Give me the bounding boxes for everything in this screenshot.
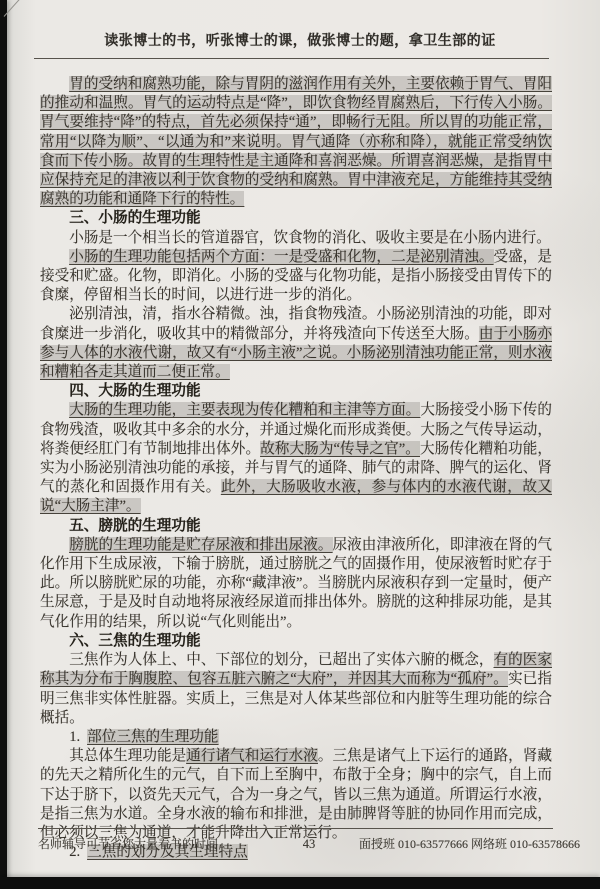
header-slogan: 读张博士的书，听张博士的课，做张博士的题，拿卫生部的证 bbox=[0, 33, 600, 51]
scan-edge-left bbox=[0, 0, 7, 889]
page-footer: 名师辅导可节省您大量看书的时间 43 面授班 010-63577666 网络班 … bbox=[38, 828, 580, 852]
para-large-intestine: 大肠的生理功能，主要表现为传化糟粕和主津等方面。大肠接受小肠下传的食物残渣，吸收… bbox=[40, 401, 552, 516]
para-small-intestine-intro: 小肠是一个相当长的管道器官，饮食物的消化、吸收主要是在小肠内进行。 bbox=[40, 229, 552, 248]
page-number: 43 bbox=[279, 837, 339, 852]
footer-contact: 面授班 010-63577666 网络班 010-63578666 bbox=[339, 835, 580, 852]
header-rule bbox=[34, 58, 549, 59]
body-text: 泌别清浊，清，指水谷精微。浊，指食物残渣。小肠泌别清浊的功能，即对食糜进一步消化… bbox=[40, 306, 552, 341]
scan-edge-bottom bbox=[0, 877, 600, 889]
highlighted-text: 胃的受纳和腐熟功能，除与胃阴的滋润作用有关外，主要依赖于胃气、胃阳的推动和温煦。… bbox=[40, 76, 552, 207]
body-text: 三焦作为人体上、中、下部位的划分，已超出了实体六腑的概念， bbox=[69, 652, 493, 668]
footer-row: 名师辅导可节省您大量看书的时间 43 面授班 010-63577666 网络班 … bbox=[38, 835, 580, 852]
footer-rule bbox=[38, 828, 553, 829]
highlighted-text: 故称大肠为“传导之官”。 bbox=[260, 441, 420, 457]
highlighted-text: 通行诸气和运行水液 bbox=[186, 748, 318, 764]
highlighted-text: 大肠的生理功能，主要表现为传化糟粕和主津等方面。 bbox=[69, 402, 420, 418]
para-small-intestine-separation: 泌别清浊，清，指水谷精微。浊，指食物残渣。小肠泌别清浊的功能，即对食糜进一步消化… bbox=[40, 305, 552, 382]
para-bladder: 膀胱的生理功能是贮存尿液和排出尿液。尿液由津液所化，即津液在肾的气化作用下生成尿… bbox=[40, 536, 552, 632]
highlighted-text: 膀胱的生理功能是贮存尿液和排出尿液。 bbox=[69, 537, 332, 553]
footer-slogan: 名师辅导可节省您大量看书的时间 bbox=[38, 835, 279, 852]
list-item-sanjiao-1: 1.部位三焦的生理功能 bbox=[40, 728, 552, 747]
heading-bladder: 五、膀胱的生理功能 bbox=[40, 517, 552, 536]
para-stomach-function: 胃的受纳和腐熟功能，除与胃阴的滋润作用有关外，主要依赖于胃气、胃阳的推动和温煦。… bbox=[40, 75, 552, 209]
body-text: 其总体生理功能是 bbox=[69, 748, 186, 764]
highlighted-text: 小肠的生理功能包括两个方面：一是受盛和化物，二是泌别清浊。 bbox=[69, 249, 493, 265]
item-number: 1. bbox=[69, 729, 80, 745]
para-small-intestine-functions: 小肠的生理功能包括两个方面：一是受盛和化物，二是泌别清浊。受盛，是接受和贮盛。化… bbox=[40, 248, 552, 306]
scanned-page: 读张博士的书，听张博士的课，做张博士的题，拿卫生部的证 胃的受纳和腐熟功能，除与… bbox=[0, 0, 600, 889]
heading-sanjiao: 六、三焦的生理功能 bbox=[40, 632, 552, 651]
heading-large-intestine: 四、大肠的生理功能 bbox=[40, 382, 552, 401]
para-sanjiao-concept: 三焦作为人体上、中、下部位的划分，已超出了实体六腑的概念，有的医家称其为分布于胸… bbox=[40, 651, 552, 728]
document-body: 胃的受纳和腐熟功能，除与胃阴的滋润作用有关外，主要依赖于胃气、胃阳的推动和温煦。… bbox=[40, 75, 552, 862]
highlighted-text: 部位三焦的生理功能 bbox=[87, 729, 218, 745]
page-header: 读张博士的书，听张博士的课，做张博士的题，拿卫生部的证 bbox=[0, 0, 600, 59]
heading-small-intestine: 三、小肠的生理功能 bbox=[40, 209, 552, 228]
